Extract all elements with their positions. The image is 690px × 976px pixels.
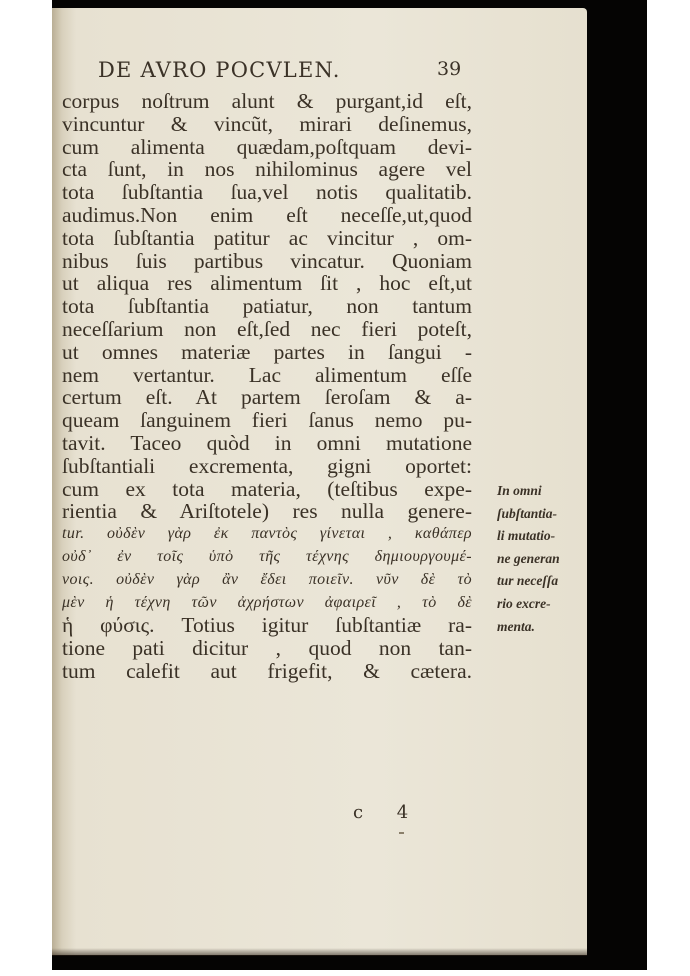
marginal-note-line: ſubſtantia- [497, 503, 587, 526]
text-line: ſubſtantiali excrementa, gigni oportet: [62, 455, 472, 478]
text-line: cum ex tota materia, (teſtibus expe- [62, 478, 472, 501]
text-line: tota ſubſtantia patiatur, non tantum [62, 295, 472, 318]
text-line: tota ſubſtantia patitur ac vincitur , om… [62, 227, 472, 250]
text-line: corpus noſtrum alunt & purgant,id eſt, [62, 90, 472, 113]
marginal-note-line: rio excre- [497, 593, 587, 616]
marginal-note-line: ne generan [497, 548, 587, 571]
text-line: cta ſunt, in nos nihilominus agere vel [62, 158, 472, 181]
text-line: ut aliqua res alimentum ſit , hoc eſt,ut [62, 272, 472, 295]
text-line: ἡ φύσις. Totius igitur ſubſtantiæ ra- [62, 614, 472, 637]
marginal-note-line: tur neceſſa [497, 570, 587, 593]
text-line: ut omnes materiæ partes in ſangui - [62, 341, 472, 364]
marginal-note-line: menta. [497, 616, 587, 639]
text-line: vincuntur & vincũt, mirari deſinemus, [62, 113, 472, 136]
page-bottom-edge [52, 948, 587, 956]
text-line: tum calefit aut frigefit, & cætera. [62, 660, 472, 683]
page-number: 39 [437, 58, 461, 80]
text-line: audimus.Non enim eſt neceſſe,ut,quod [62, 204, 472, 227]
greek-text-line: tur. οὐδὲν γὰρ ἐκ παντὸς γίνεται , καθάπ… [62, 523, 472, 546]
greek-text-line: μὲν ἡ τέχνη τῶν ἀχρήστων ἀφαιρεῖ , τὸ δὲ [62, 592, 472, 615]
text-line: certum eſt. At partem ſeroſam & a- [62, 386, 472, 409]
marginal-note-line: li mutatio- [497, 525, 587, 548]
signature-mark: c 4 [353, 802, 422, 823]
greek-text-line: νοις. οὐδὲν γὰρ ἂν ἔδει ποιεῖν. νῦν δὲ τ… [62, 569, 472, 592]
text-line: neceſſarium non eſt,ſed nec fieri poteſt… [62, 318, 472, 341]
text-line: rientia & Ariſtotele) res nulla genere- [62, 500, 472, 523]
text-line: tota ſubſtantia ſua,vel notis qualitatib… [62, 181, 472, 204]
text-line: nibus ſuis partibus vincatur. Quoniam [62, 250, 472, 273]
ink-mark [399, 832, 404, 834]
text-line: nem vertantur. Lac alimentum eſſe [62, 364, 472, 387]
marginal-note-line: In omni [497, 480, 587, 503]
text-line: tavit. Taceo quòd in omni mutatione [62, 432, 472, 455]
greek-text-line: οὐδ᾽ ἐν τοῖς ὑπὸ τῆς τέχνης δημιουργουμέ… [62, 546, 472, 569]
text-line: cum alimenta quædam,poſtquam devi- [62, 136, 472, 159]
marginal-note: In omni ſubſtantia- li mutatio- ne gener… [497, 480, 587, 638]
text-line: tione pati dicitur , quod non tan- [62, 637, 472, 660]
body-text: corpus noſtrum alunt & purgant,id eſt, v… [62, 90, 472, 683]
running-head: DE AVRO POCVLEN. [98, 58, 468, 88]
text-line: queam ſanguinem fieri ſanus nemo pu- [62, 409, 472, 432]
